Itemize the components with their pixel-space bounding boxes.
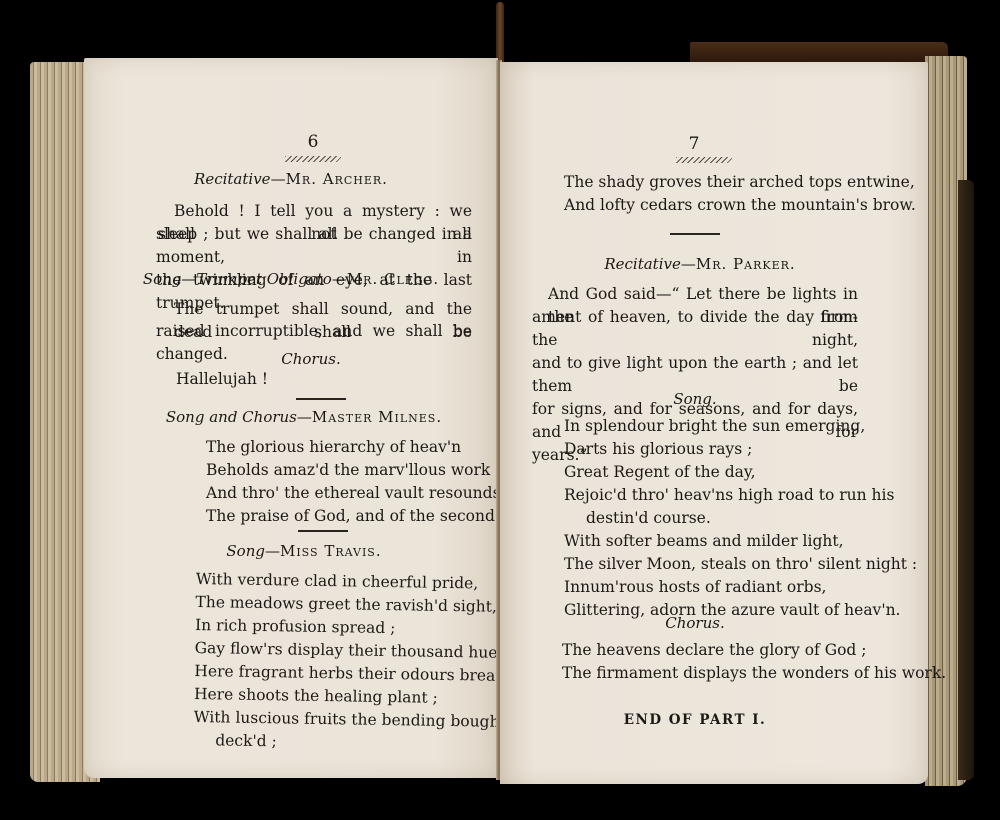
right-page: 7 The shady groves their arched tops ent… bbox=[500, 62, 928, 784]
chorus-heading: Chorus. bbox=[84, 350, 538, 368]
ornament-squiggle bbox=[676, 157, 732, 163]
page-number: 6 bbox=[283, 132, 343, 152]
verse-block: The glorious hierarchy of heav'n Beholds… bbox=[206, 436, 531, 528]
verse-block: The heavens declare the glory of God ; T… bbox=[562, 639, 946, 685]
section-heading: Recitative—Mr. Archer. bbox=[84, 170, 498, 188]
divider-rule bbox=[298, 530, 348, 532]
spine-binding bbox=[958, 180, 974, 780]
section-heading: Song and Chorus—Master Milnes. bbox=[84, 408, 524, 426]
section-heading: Song—Trumpet Obligato—Mr. Clegg. bbox=[84, 270, 498, 288]
page-number: 7 bbox=[664, 134, 724, 154]
section-heading: Song—Miss Travis. bbox=[84, 542, 524, 560]
verse-block: The shady groves their arched tops entwi… bbox=[564, 171, 916, 217]
song-heading: Song. bbox=[500, 390, 890, 408]
ornament-squiggle bbox=[285, 156, 341, 162]
verse-block: With verdure clad in cheerful pride, The… bbox=[193, 568, 540, 757]
left-page: 6 Recitative—Mr. Archer. Behold ! I tell… bbox=[84, 58, 498, 778]
verse-block: Hallelujah ! bbox=[176, 368, 268, 391]
back-cover-edge bbox=[690, 42, 948, 62]
verse-block: In splendour bright the sun emerging, Da… bbox=[564, 415, 917, 622]
end-of-part-title: END OF PART I. bbox=[500, 712, 890, 728]
divider-rule bbox=[296, 398, 346, 400]
section-heading: Recitative—Mr. Parker. bbox=[500, 255, 900, 273]
chorus-heading: Chorus. bbox=[500, 614, 890, 632]
divider-rule bbox=[670, 233, 720, 235]
